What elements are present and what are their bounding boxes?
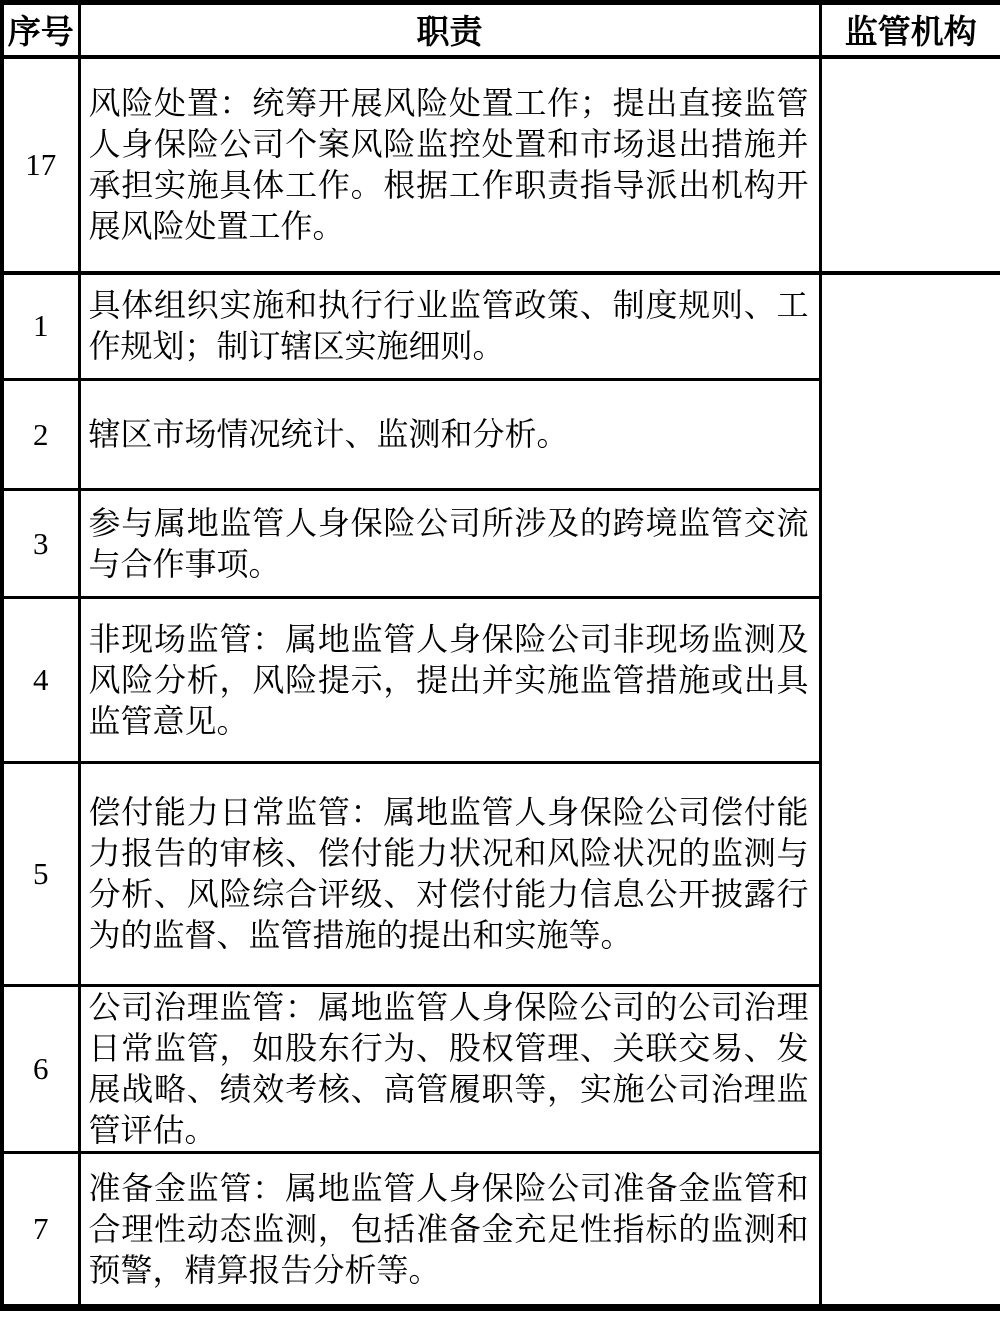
agency-cell — [820, 57, 1000, 273]
seq-cell: 6 — [2, 986, 79, 1153]
seq-cell: 4 — [2, 598, 79, 763]
duty-cell: 准备金监管：属地监管人身保险公司准备金监管和合理性动态监测，包括准备金充足性指标… — [79, 1153, 820, 1308]
duty-cell: 辖区市场情况统计、监测和分析。 — [79, 380, 820, 490]
seq-cell: 5 — [2, 763, 79, 986]
seq-cell: 7 — [2, 1153, 79, 1308]
seq-cell: 1 — [2, 273, 79, 380]
seq-cell: 2 — [2, 380, 79, 490]
duty-cell: 公司治理监管：属地监管人身保险公司的公司治理日常监管，如股东行为、股权管理、关联… — [79, 986, 820, 1153]
seq-cell: 17 — [2, 57, 79, 273]
agency-merged-cell — [820, 273, 1000, 1308]
duty-cell: 参与属地监管人身保险公司所涉及的跨境监管交流与合作事项。 — [79, 490, 820, 598]
duties-table: 序号 职责 监管机构 17 风险处置：统筹开展风险处置工作；提出直接监管人身保险… — [0, 0, 1000, 1311]
duty-cell: 非现场监管：属地监管人身保险公司非现场监测及风险分析，风险提示，提出并实施监管措… — [79, 598, 820, 763]
col-header-seq: 序号 — [2, 3, 79, 57]
col-header-agency: 监管机构 — [820, 3, 1000, 57]
seq-cell: 3 — [2, 490, 79, 598]
duty-cell: 具体组织实施和执行行业监管政策、制度规则、工作规划；制订辖区实施细则。 — [79, 273, 820, 380]
table-row-1: 1 具体组织实施和执行行业监管政策、制度规则、工作规划；制订辖区实施细则。 — [2, 273, 1000, 380]
table-row-17: 17 风险处置：统筹开展风险处置工作；提出直接监管人身保险公司个案风险监控处置和… — [2, 57, 1000, 273]
table-header-row: 序号 职责 监管机构 — [2, 3, 1000, 57]
duty-cell: 偿付能力日常监管：属地监管人身保险公司偿付能力报告的审核、偿付能力状况和风险状况… — [79, 763, 820, 986]
duty-cell: 风险处置：统筹开展风险处置工作；提出直接监管人身保险公司个案风险监控处置和市场退… — [79, 57, 820, 273]
col-header-duty: 职责 — [79, 3, 820, 57]
